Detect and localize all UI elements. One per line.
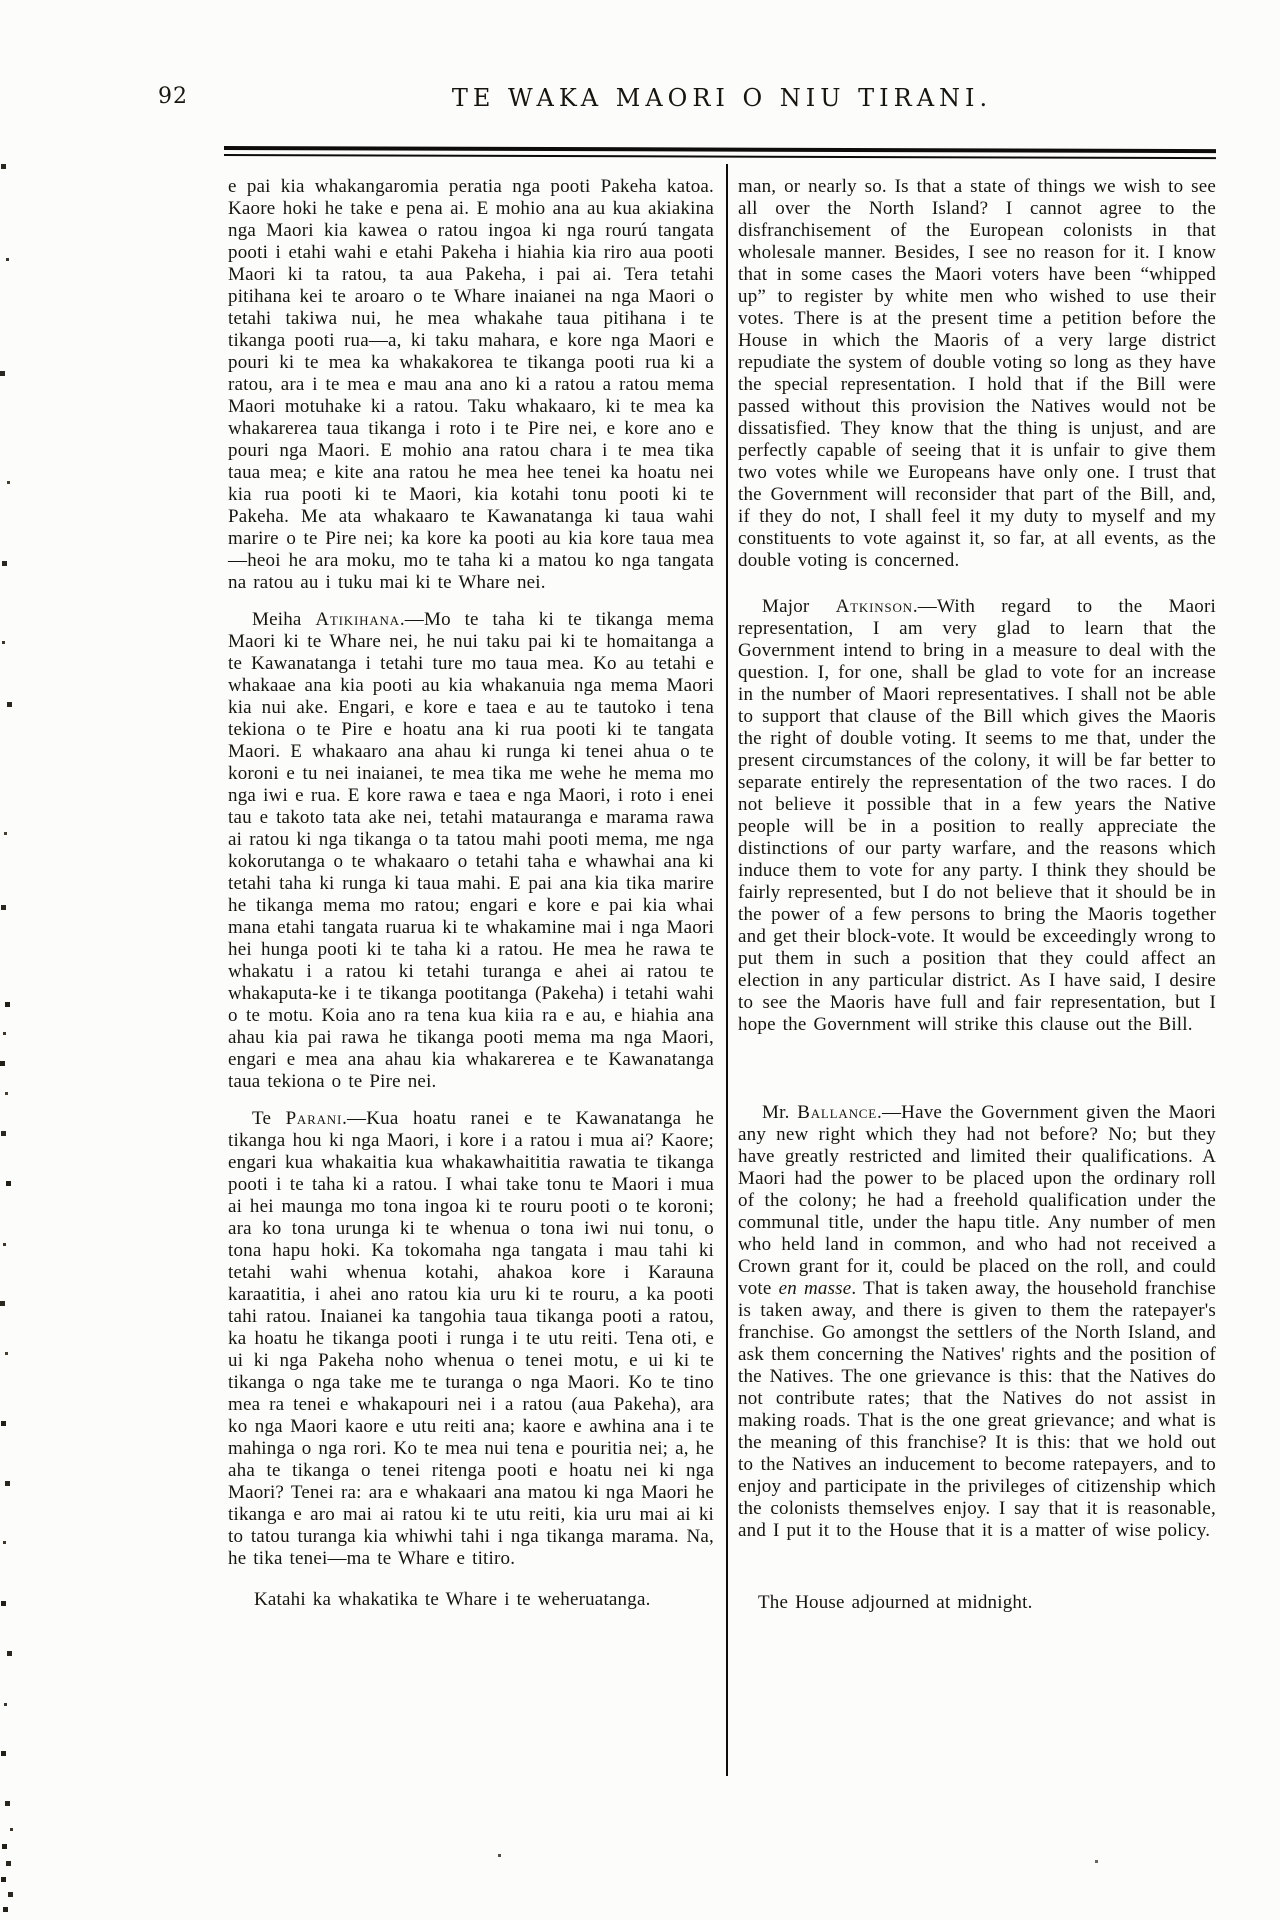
left_column-paragraph-1: e pai kia whakangaromia peratia nga poot… <box>228 176 714 594</box>
page-title: TE WAKA MAORI O NIU TIRANI. <box>228 84 1216 112</box>
page-number: 92 <box>158 84 188 109</box>
speaker-name: Parani <box>286 1108 343 1129</box>
speaker-name: Ballance <box>797 1102 877 1123</box>
right_column-paragraph-1: man, or nearly so. Is that a state of th… <box>738 176 1216 572</box>
header-rule-thick-line <box>224 146 1216 153</box>
left_column-closing-line: Katahi ka whakatika te Whare i te weheru… <box>228 1589 714 1611</box>
left_column-paragraph-3: Te Parani.—Kua hoatu ranei e te Kawanata… <box>228 1108 714 1570</box>
header-rule <box>224 146 1216 159</box>
speaker-name: Atkinson <box>836 596 913 617</box>
speaker-name: Atikihana <box>315 609 399 630</box>
right_column-paragraph-2: Major Atkinson.—With regard to the Maori… <box>738 596 1216 1036</box>
right-column-english-text: man, or nearly so. Is that a state of th… <box>738 176 1216 1614</box>
left-column-maori-text: e pai kia whakangaromia peratia nga poot… <box>228 176 714 1611</box>
right_column-closing-line: The House adjourned at midnight. <box>738 1592 1216 1614</box>
left_column-paragraph-2: Meiha Atikihana.—Mo te taha ki te tikang… <box>228 609 714 1093</box>
column-divider <box>726 164 728 1776</box>
header-rule-thin-line <box>224 154 1216 159</box>
scan-artifact-specks <box>0 0 3 3</box>
right_column-paragraph-3: Mr. Ballance.—Have the Government given … <box>738 1102 1216 1542</box>
